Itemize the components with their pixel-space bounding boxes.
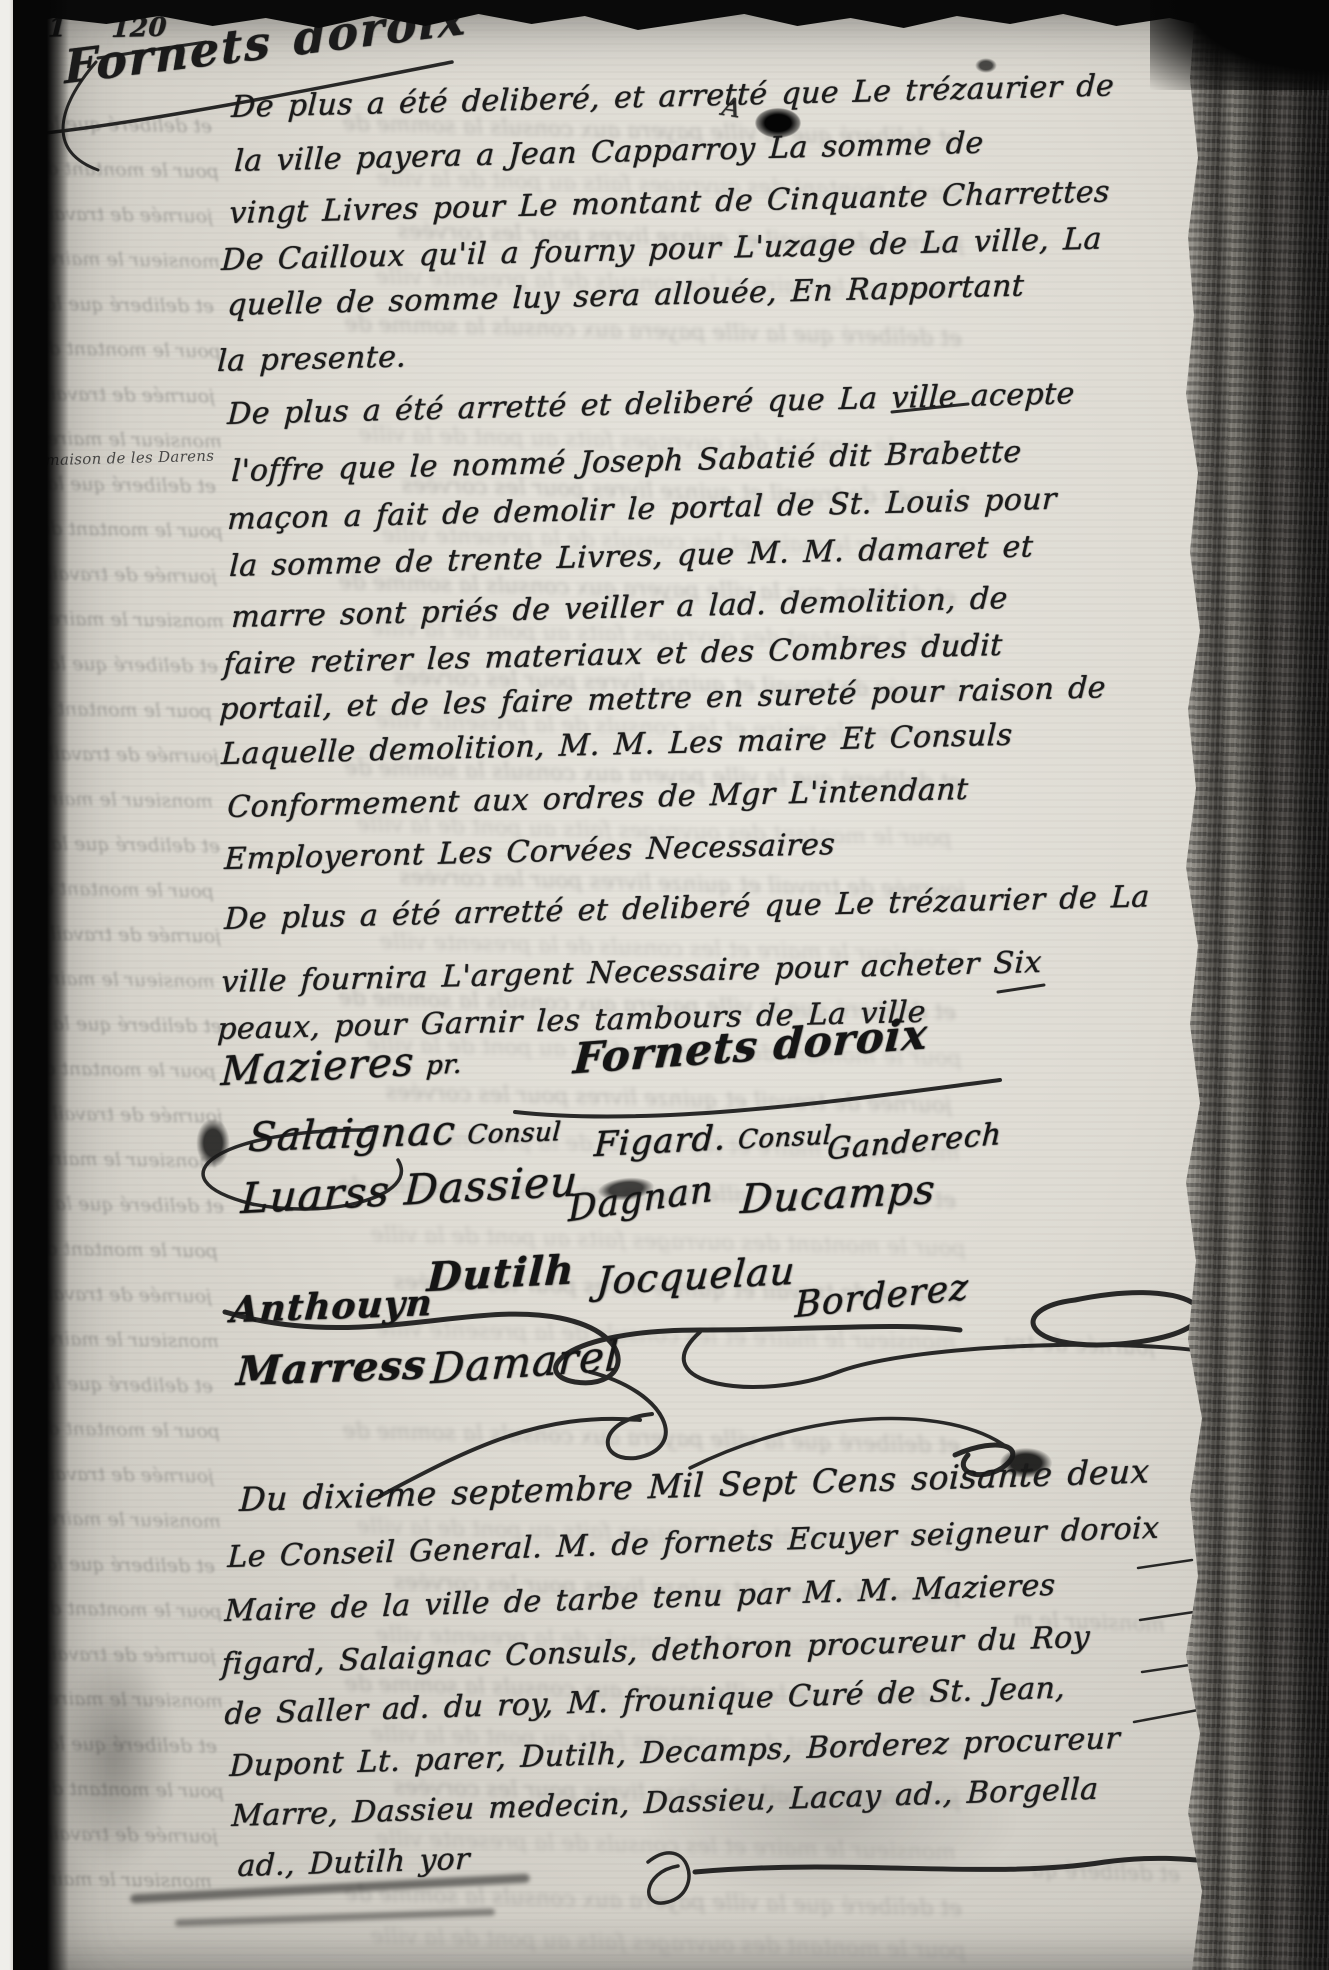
signature-name: Jocquelau: [595, 1249, 797, 1304]
margin-dash: [1138, 1560, 1192, 1568]
session-line: Maire de la ville de tarbe tenu par M. M…: [224, 1571, 1056, 1627]
deliberation-line: Employeront Les Corvées Necessaires: [224, 830, 836, 875]
scan-corner-dark: [1150, 0, 1329, 90]
bleedthrough-text: et deliberé que la ville payera aux cons…: [44, 1014, 222, 1036]
manuscript-page: et deliberé que la ville payera aux cons…: [0, 0, 1329, 1970]
damarel-tail-flourish: [590, 1372, 666, 1458]
session-line: Dupont Lt. parer, Dutilh, Decamps, Borde…: [229, 1724, 1121, 1782]
gutter-shadow: [11, 0, 69, 1970]
signature-dagnan: Dagnan: [568, 1172, 714, 1229]
deliberation-line: la ville payera a Jean Capparroy La somm…: [234, 129, 985, 177]
smudge: [55, 1640, 175, 1870]
session-line: Du dixieme septembre Mil Sept Cens soisa…: [239, 1454, 1150, 1516]
signature-role: Consul: [737, 1121, 832, 1156]
signature-luarss-dassieu: Luarss Dassieu: [240, 1160, 579, 1220]
signature-name: Salaignac: [247, 1108, 457, 1161]
deliberation-line: portail, et de les faire mettre en suret…: [219, 673, 1107, 725]
bleedthrough-text: pour le montant des ouvrages faits au po…: [46, 1779, 224, 1801]
bleedthrough-text: pour le montant des ouvrages faits au po…: [44, 1599, 222, 1621]
bleedthrough-text: et deliberé que la ville payera aux cons…: [252, 1881, 962, 1920]
signature-role: pr.: [425, 1049, 463, 1081]
session-line: de Saller ad. du roy, M. frounique Curé …: [224, 1674, 1066, 1730]
book-binding-edge: [1180, 0, 1329, 1970]
bleedthrough-text: et deliberé que la ville payera aux cons…: [1030, 1859, 1181, 1885]
signature-role: Consul: [466, 1117, 562, 1150]
fornets-underline-flourish: [515, 1080, 1000, 1117]
margin-dash: [1140, 1612, 1194, 1620]
bleedthrough-text: pour le montant des ouvrages faits au po…: [256, 1221, 966, 1260]
line-end-dash: [998, 985, 1044, 992]
bleedthrough-text: journée de travail et quinze livres pour…: [43, 924, 221, 946]
deliberation-line: vingt Livres pour Le montant de Cinquant…: [229, 177, 1111, 229]
deliberation-line: De Cailloux qu'il a fourny pour L'uzage …: [221, 224, 1103, 276]
signature-name: Ganderech: [826, 1117, 1003, 1168]
signature-name: Ducamps: [739, 1167, 937, 1223]
signature-name: Damarel: [430, 1331, 621, 1393]
signature-oval-flourish: [684, 1332, 1240, 1387]
session-line: Le Conseil General. M. de fornets Ecuyer…: [227, 1514, 1160, 1573]
deliberation-line: la somme de trente Livres, que M. M. dam…: [229, 532, 1034, 582]
bleedthrough-text: journée de travail et quinze livres pour…: [45, 1104, 223, 1126]
closing-loop-flourish: [648, 1853, 689, 1903]
signature-dutilh: Dutilh: [426, 1250, 576, 1298]
session-line: ad., Dutilh yor: [237, 1845, 471, 1882]
bleedthrough-text: pour le montant des ouvrages faits au po…: [43, 339, 221, 361]
deliberation-line: De plus a été arretté et deliberé que Le…: [224, 882, 1151, 935]
signature-name: Marress: [235, 1341, 428, 1395]
deliberation-line: Conformement aux ordres de Mgr L'intenda…: [227, 775, 969, 823]
deliberation-line: Laquelle demolition, M. M. Les maire Et …: [221, 721, 1014, 770]
signature-mazieres: Mazierespr.: [220, 1039, 463, 1092]
signature-ganderech: Ganderech: [826, 1120, 1002, 1166]
margin-dash: [1134, 1710, 1198, 1722]
bleedthrough-text: et deliberé que la ville payera aux cons…: [250, 1418, 960, 1457]
deliberation-line: l'offre que le nommé Joseph Sabatié dit …: [231, 438, 1023, 487]
bleedthrough-text: monsieur le maire et les consuls de la p…: [46, 609, 224, 631]
bleedthrough-text: et deliberé que la ville payera aux cons…: [46, 1194, 224, 1216]
session-line: Marre, Dassieu medecin, Dassieu, Lacay a…: [231, 1775, 1099, 1832]
deliberation-line: marre sont priés de veiller a lad. demol…: [231, 584, 1009, 633]
signature-jocquelau: Jocquelau: [595, 1252, 796, 1301]
signature-marress: Marress: [235, 1345, 428, 1392]
deliberation-line: ville fournira L'argent Necessaire pour …: [221, 948, 1043, 998]
bleedthrough-text: monsieur le maire et les consuls de la p…: [43, 1509, 221, 1531]
signature-figard: Figard.Consul: [593, 1116, 832, 1163]
signature-ducamps: Ducamps: [739, 1170, 937, 1220]
session-line: figard, Salaignac Consuls, dethoron proc…: [221, 1623, 1091, 1680]
bleedthrough-text: monsieur le maire et les consuls de la p…: [45, 1689, 223, 1711]
signature-name: Luarss Dassieu: [240, 1156, 580, 1223]
deliberation-line: De plus a été arretté et deliberé que La…: [227, 379, 1076, 430]
ink-blot: [196, 1118, 230, 1168]
signature-anthouyn: Anthouyn: [229, 1285, 434, 1328]
smudge: [175, 1908, 495, 1926]
signature-damarel: Damarel: [430, 1335, 621, 1390]
deliberation-line: De plus a été deliberé, et arretté que L…: [231, 71, 1115, 123]
scan-left-margin: [0, 0, 13, 1970]
signature-name: Anthouyn: [229, 1282, 434, 1331]
signature-salaignac: SalaignacConsul: [247, 1107, 563, 1158]
deliberation-line: faire retirer les materiaux et des Combr…: [223, 631, 1004, 680]
signature-name: Figard.: [593, 1118, 727, 1165]
bleedthrough-text: journée de travail et quinze livres pour…: [1005, 1332, 1156, 1358]
signature-oval-flourish: [1033, 1293, 1200, 1345]
deliberation-line: quelle de somme luy sera allouée, En Rap…: [227, 272, 1025, 322]
bleedthrough-text: pour le montant des ouvrages faits au po…: [45, 519, 223, 541]
deliberation-line: maçon a fait de demolir le portal de St.…: [227, 485, 1058, 535]
signature-name: Dutilh: [426, 1246, 576, 1301]
signature-name: Dagnan: [568, 1168, 714, 1230]
signature-borderez: Borderez: [794, 1270, 969, 1325]
deliberation-line: la presente.: [217, 342, 407, 377]
signature-name: Borderez: [794, 1267, 969, 1327]
signature-name: Mazieres: [220, 1039, 416, 1095]
bleedthrough-text: pour le montant des ouvrages faits au po…: [256, 1923, 966, 1962]
